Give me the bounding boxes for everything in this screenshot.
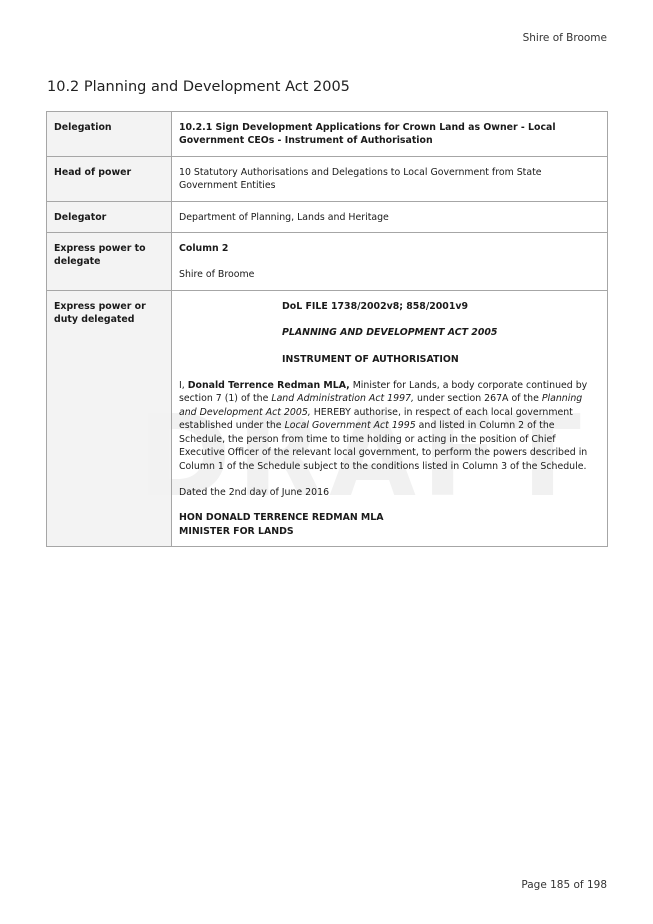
table-row-delegation: Delegation 10.2.1 Sign Development Appli… [47,112,608,157]
head-of-power-value: 10 Statutory Authorisations and Delegati… [172,156,608,201]
text-run: under section 267A of the [414,393,542,404]
text-run: I, [179,380,188,391]
local-government-name: Shire of Broome [179,268,600,281]
row-label: Delegation [47,112,172,157]
act-reference: Land Administration Act 1997, [271,393,414,404]
delegation-title: 10.2.1 Sign Development Applications for… [172,112,608,157]
file-reference: DoL FILE 1738/2002v8; 858/2001v9 [179,300,600,313]
row-label: Head of power [47,156,172,201]
signatory-title: MINISTER FOR LANDS [179,525,600,538]
section-title: 10.2 Planning and Development Act 2005 [47,79,350,95]
page-number: Page 185 of 198 [521,879,607,891]
table-row-express-power-or-duty: Express power or duty delegated DoL FILE… [47,290,608,546]
act-title: PLANNING AND DEVELOPMENT ACT 2005 [179,326,600,339]
row-label: Express power to delegate [47,233,172,291]
instrument-title: INSTRUMENT OF AUTHORISATION [179,353,600,366]
authorisation-paragraph: I, Donald Terrence Redman MLA, Minister … [179,379,600,473]
table-row-head-of-power: Head of power 10 Statutory Authorisation… [47,156,608,201]
delegation-table: Delegation 10.2.1 Sign Development Appli… [46,111,608,547]
row-label: Express power or duty delegated [47,290,172,546]
dated-line: Dated the 2nd day of June 2016 [179,486,600,499]
table-row-express-power-to-delegate: Express power to delegate Column 2 Shire… [47,233,608,291]
page-header-organisation: Shire of Broome [523,32,607,44]
table-row-delegator: Delegator Department of Planning, Lands … [47,201,608,232]
column-heading: Column 2 [179,242,600,255]
express-power-value: Column 2 Shire of Broome [172,233,608,291]
row-label: Delegator [47,201,172,232]
signatory-name: HON DONALD TERRENCE REDMAN MLA [179,511,600,524]
minister-name: Donald Terrence Redman MLA, [188,380,350,391]
act-reference: Local Government Act 1995 [285,420,416,431]
delegator-value: Department of Planning, Lands and Herita… [172,201,608,232]
instrument-of-authorisation: DoL FILE 1738/2002v8; 858/2001v9 PLANNIN… [172,290,608,546]
